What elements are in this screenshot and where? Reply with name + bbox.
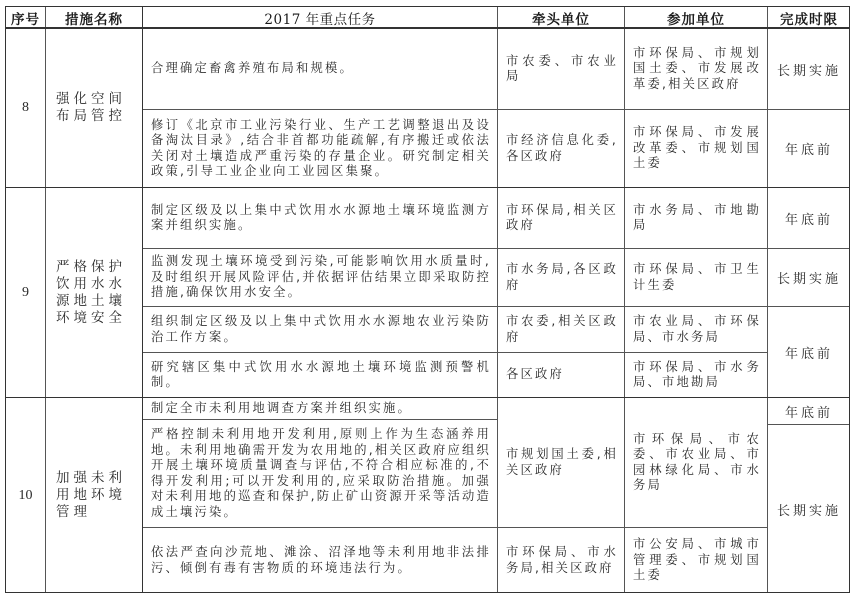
measure-name: 强化空间布局管控 xyxy=(45,28,142,187)
header-participants: 参加单位 xyxy=(624,6,767,28)
lead-unit-cell: 市经济信息化委,各区政府 xyxy=(497,109,624,187)
header-divider xyxy=(5,27,850,29)
task-cell: 组织制定区级及以上集中式饮用水水源地农业污染防治工作方案。 xyxy=(142,306,497,352)
task-cell: 制定全市未利用地调查方案并组织实施。 xyxy=(142,397,497,419)
deadline-cell: 年底前 xyxy=(767,187,850,248)
task-cell: 制定区级及以上集中式饮用水水源地土壤环境监测方案并组织实施。 xyxy=(142,187,497,248)
header-deadline: 完成时限 xyxy=(767,6,850,28)
task-cell: 依法严查向沙荒地、滩涂、沼泽地等未利用地非法排污、倾倒有毒有害物质的环境违法行为… xyxy=(142,527,497,593)
group-divider xyxy=(5,397,850,399)
participant-units-cell: 市农业局、市环保局、市水务局 xyxy=(624,306,767,352)
participant-units-cell: 市环保局、市发展改革委、市规划国土委 xyxy=(624,109,767,187)
lead-unit-cell: 市环保局、市水务局,相关区政府 xyxy=(497,527,624,593)
header-measure: 措施名称 xyxy=(45,6,142,28)
participant-units-cell-merged: 市环保局、市农委、市农业局、市园林绿化局、市水务局 xyxy=(624,397,767,527)
deadline-cell: 年底前 xyxy=(767,109,850,187)
task-cell: 监测发现土壤环境受到污染,可能影响饮用水质量时,及时组织开展风险评估,并依据评估… xyxy=(142,248,497,306)
measure-name: 严格保护饮用水水源地土壤环境安全 xyxy=(45,187,142,397)
row-number-9: 9 xyxy=(5,187,45,397)
participant-units-cell: 市公安局、市城市管理委、市规划国土委 xyxy=(624,527,767,593)
header-number: 序号 xyxy=(5,6,45,28)
group-divider xyxy=(5,187,850,189)
lead-unit-cell: 市环保局,相关区政府 xyxy=(497,187,624,248)
row-number-10: 10 xyxy=(5,397,45,593)
task-cell: 严格控制未利用地开发利用,原则上作为生态涵养用地。未利用地确需开发为农用地的,相… xyxy=(142,419,497,527)
lead-unit-cell: 市农委、市农业局 xyxy=(497,28,624,109)
deadline-cell: 长期实施 xyxy=(767,28,850,109)
measure-name: 加强未利用地环境管理 xyxy=(45,397,142,593)
deadline-cell-merged: 年底前 xyxy=(767,306,850,397)
deadline-cell: 年底前 xyxy=(767,397,850,424)
task-cell: 研究辖区集中式饮用水水源地土壤环境监测预警机制。 xyxy=(142,352,497,397)
header-task: 2017 年重点任务 xyxy=(142,6,497,28)
participant-units-cell: 市环保局、市卫生计生委 xyxy=(624,248,767,306)
task-cell: 合理确定畜禽养殖布局和规模。 xyxy=(142,28,497,109)
header-lead: 牵头单位 xyxy=(497,6,624,28)
deadline-cell-merged: 长期实施 xyxy=(767,424,850,593)
lead-unit-cell-merged: 市规划国土委,相关区政府 xyxy=(497,397,624,527)
row-number-8: 8 xyxy=(5,28,45,187)
lead-unit-cell: 市农委,相关区政府 xyxy=(497,306,624,352)
column-divider xyxy=(142,6,144,593)
lead-unit-cell: 市水务局,各区政府 xyxy=(497,248,624,306)
participant-units-cell: 市环保局、市水务局、市地勘局 xyxy=(624,352,767,397)
participant-units-cell: 市水务局、市地勘局 xyxy=(624,187,767,248)
task-cell: 修订《北京市工业污染行业、生产工艺调整退出及设备淘汰目录》,结合非首都功能疏解,… xyxy=(142,109,497,187)
participant-units-cell: 市环保局、市规划国土委、市发展改革委,相关区政府 xyxy=(624,28,767,109)
key-tasks-table: 序号 措施名称 2017 年重点任务 牵头单位 参加单位 完成时限 8 强化空间… xyxy=(5,6,850,593)
deadline-cell: 长期实施 xyxy=(767,248,850,306)
lead-unit-cell: 各区政府 xyxy=(497,352,624,397)
